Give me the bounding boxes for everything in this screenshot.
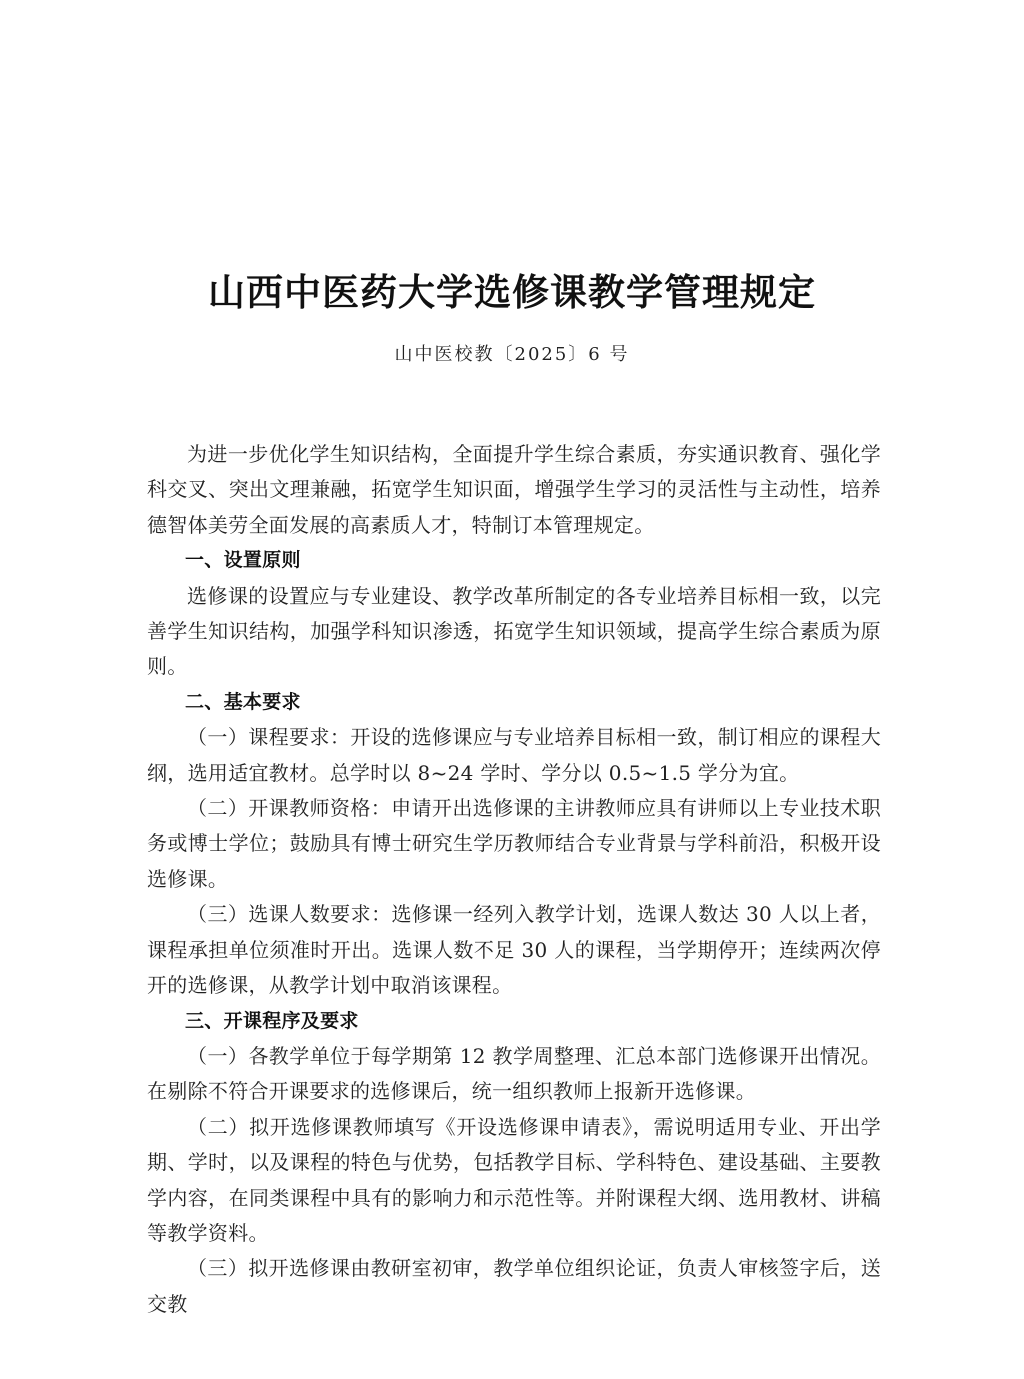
intro-paragraph: 为进一步优化学生知识结构，全面提升学生综合素质，夯实通识教育、强化学科交叉、突出… [147, 437, 881, 543]
document-number: 山中医校教〔2025〕6 号 [0, 340, 1024, 366]
paragraph: （二）开课教师资格：申请开出选修课的主讲教师应具有讲师以上专业技术职务或博士学位… [147, 791, 881, 897]
paragraph: （三）拟开选修课由教研室初审，教学单位组织论证，负责人审核签字后，送交教 [147, 1251, 881, 1322]
paragraph: （一）各教学单位于每学期第 12 教学周整理、汇总本部门选修课开出情况。在剔除不… [147, 1039, 881, 1110]
section-heading-principles: 一、设置原则 [147, 543, 881, 578]
paragraph: 选修课的设置应与专业建设、教学改革所制定的各专业培养目标相一致，以完善学生知识结… [147, 579, 881, 685]
section-heading-basic-requirements: 二、基本要求 [147, 685, 881, 720]
document-body: 为进一步优化学生知识结构，全面提升学生综合素质，夯实通识教育、强化学科交叉、突出… [147, 437, 881, 1322]
section-heading-procedures: 三、开课程序及要求 [147, 1004, 881, 1039]
paragraph: （三）选课人数要求：选修课一经列入教学计划，选课人数达 30 人以上者，课程承担… [147, 897, 881, 1003]
document-title: 山西中医药大学选修课教学管理规定 [0, 262, 1024, 316]
paragraph: （二）拟开选修课教师填写《开设选修课申请表》，需说明适用专业、开出学期、学时，以… [147, 1110, 881, 1252]
paragraph: （一）课程要求：开设的选修课应与专业培养目标相一致，制订相应的课程大纲，选用适宜… [147, 720, 881, 791]
